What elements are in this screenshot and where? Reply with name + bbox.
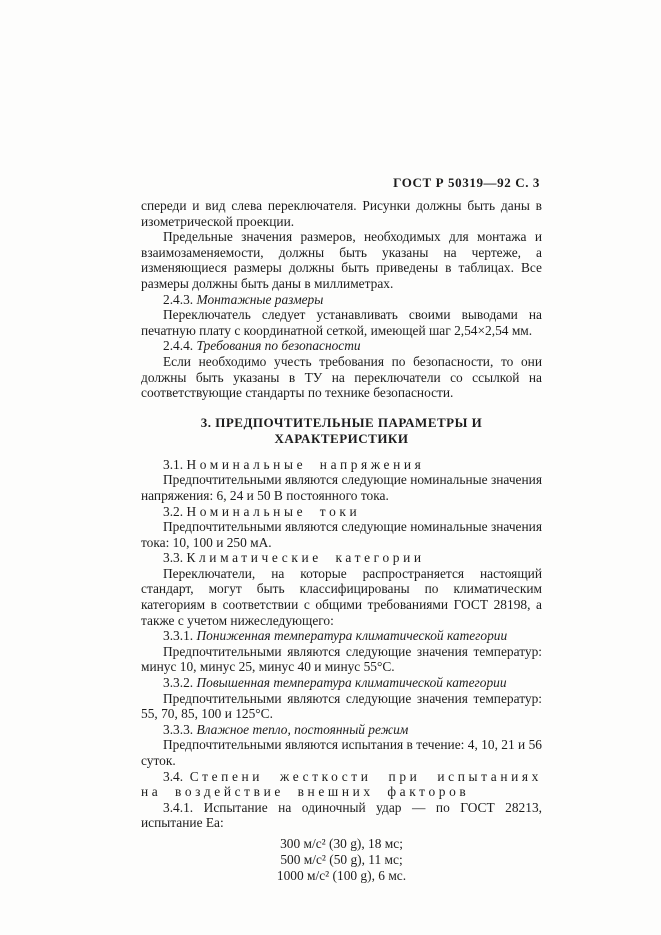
clause-title: 3.3.1. Пониженная температура климатичес…	[141, 628, 542, 644]
clause-heading: 3.2. Номинальные токи	[141, 504, 542, 520]
doc-number: ГОСТ Р 50319—92 С. 3	[393, 175, 540, 190]
spec-line: 300 м/с² (30 g), 18 мс;	[141, 836, 542, 852]
clause-number: 3.3.2.	[163, 675, 193, 690]
clause-heading-label: Степени жесткости при испытаниях на возд…	[141, 769, 542, 800]
paragraph: Переключатель следует устанавливать свои…	[141, 307, 542, 338]
clause-number: 2.4.4.	[163, 338, 193, 353]
paragraph: Предпочтительными являются следующие зна…	[141, 644, 542, 675]
clause-heading: 3.3. Климатические категории	[141, 550, 542, 566]
clause-heading: 3.1. Номинальные напряжения	[141, 457, 542, 473]
clause-title: 2.4.3. Монтажные размеры	[141, 292, 542, 308]
document-page: ГОСТ Р 50319—92 С. 3 спереди и вид слева…	[0, 0, 661, 935]
clause-title: 3.3.2. Повышенная температура климатичес…	[141, 675, 542, 691]
clause-title-label: Пониженная температура климатической кат…	[197, 628, 508, 643]
document-body: спереди и вид слева переключателя. Рисун…	[141, 198, 542, 884]
clause-heading-label: Номинальные токи	[186, 504, 360, 519]
clause-number: 2.4.3.	[163, 292, 193, 307]
clause-title-label: Повышенная температура климатической кат…	[197, 675, 507, 690]
clause-title: 3.3.3. Влажное тепло, постоянный режим	[141, 722, 542, 738]
spec-list: 300 м/с² (30 g), 18 мс;500 м/с² (50 g), …	[141, 836, 542, 884]
paragraph: Переключатели, на которые распространяет…	[141, 566, 542, 628]
clause-number: 3.3.1.	[163, 628, 193, 643]
clause-number: 3.3.	[163, 550, 183, 565]
clause-title-label: Влажное тепло, постоянный режим	[197, 722, 409, 737]
clause-heading-label: Климатические категории	[186, 550, 424, 565]
paragraph: Если необходимо учесть требования по без…	[141, 354, 542, 401]
content-column: ГОСТ Р 50319—92 С. 3 спереди и вид слева…	[141, 175, 542, 884]
paragraph: 3.4.1. Испытание на одиночный удар — по …	[141, 800, 542, 831]
spec-line: 500 м/с² (50 g), 11 мс;	[141, 852, 542, 868]
paragraph: Предпочтительными являются испытания в т…	[141, 737, 542, 768]
paragraph: Предпочтительными являются следующие ном…	[141, 472, 542, 503]
paragraph: Предельные значения размеров, необходимы…	[141, 229, 542, 291]
page-header: ГОСТ Р 50319—92 С. 3	[141, 175, 540, 191]
clause-heading-label: Номинальные напряжения	[186, 457, 424, 472]
section-heading: 3. ПРЕДПОЧТИТЕЛЬНЫЕ ПАРАМЕТРЫ И ХАРАКТЕР…	[141, 415, 542, 447]
clause-title-label: Требования по безопасности	[197, 338, 361, 353]
clause-heading: 3.4. Степени жесткости при испытаниях на…	[141, 769, 542, 800]
paragraph: спереди и вид слева переключателя. Рисун…	[141, 198, 542, 229]
clause-number: 3.3.3.	[163, 722, 193, 737]
spec-line: 1000 м/с² (100 g), 6 мс.	[141, 868, 542, 884]
clause-title-label: Монтажные размеры	[197, 292, 324, 307]
clause-number: 3.2.	[163, 504, 183, 519]
clause-number: 3.4.	[163, 769, 183, 784]
paragraph: Предпочтительными являются следующие зна…	[141, 691, 542, 722]
clause-number: 3.1.	[163, 457, 183, 472]
clause-title: 2.4.4. Требования по безопасности	[141, 338, 542, 354]
paragraph: Предпочтительными являются следующие ном…	[141, 519, 542, 550]
